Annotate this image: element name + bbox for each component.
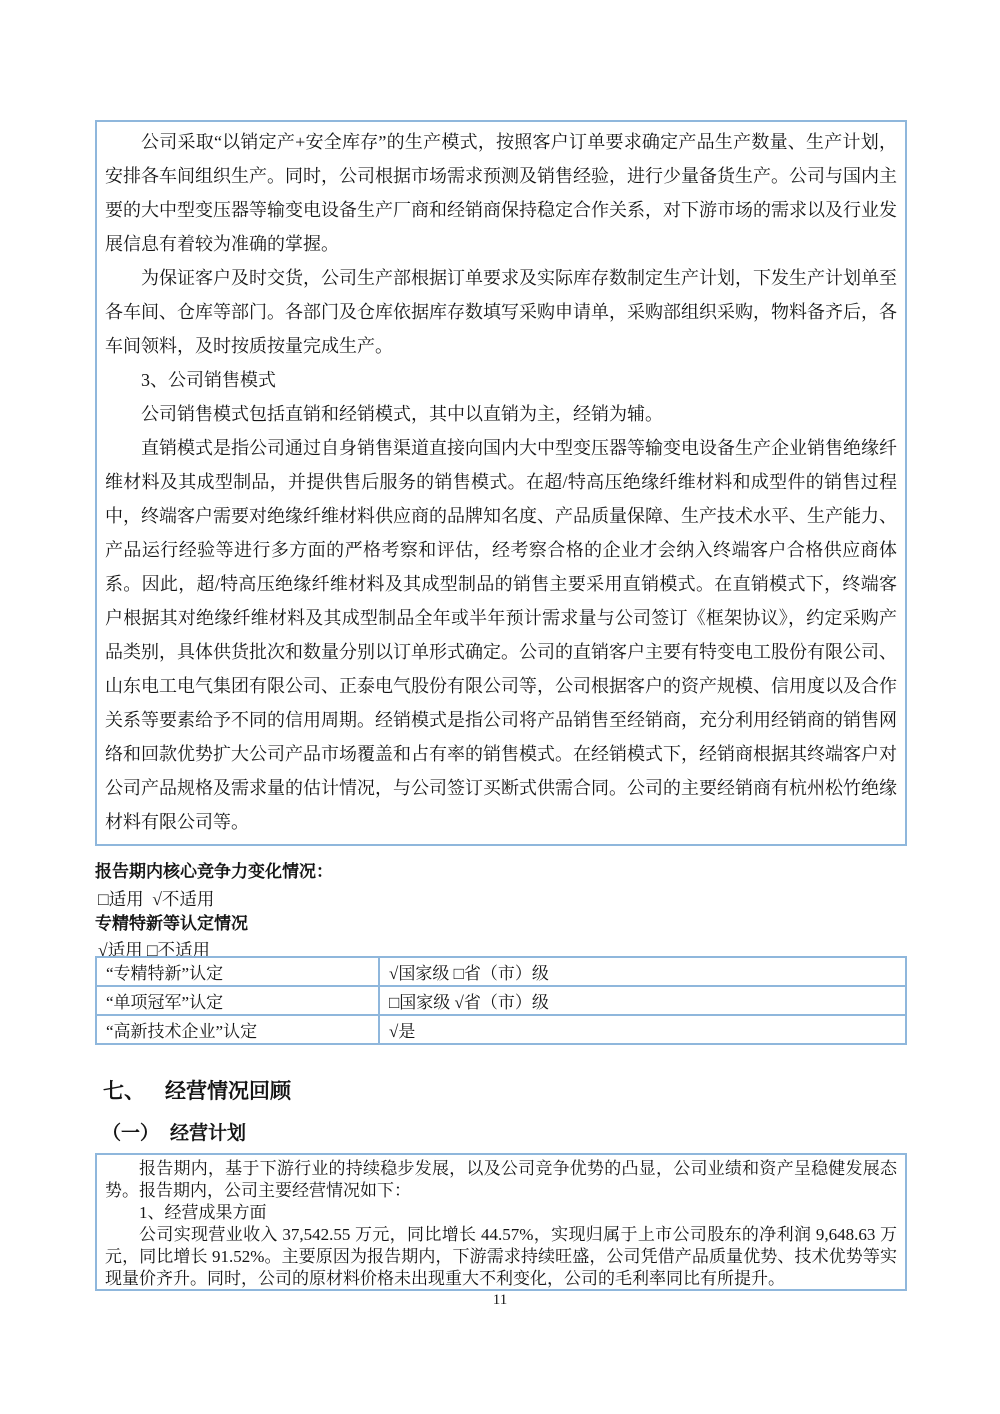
document-page: 公司采取“以销定产+安全库存”的生产模式，按照客户订单要求确定产品生产数量、生产…	[0, 0, 1000, 1414]
core-competitiveness-checkboxes: □适用 √不适用	[95, 887, 907, 911]
section-heading-7: 七、经营情况回顾	[95, 1078, 907, 1106]
paragraph: 3、公司销售模式	[105, 363, 897, 397]
paragraph: 公司实现营业收入 37,542.55 万元，同比增长 44.57%，实现归属于上…	[105, 1224, 897, 1290]
paragraph: 报告期内，公司的商业模式无重大变化。报告期后至报告披露日，公司的商业模式无重大变…	[105, 839, 897, 846]
page-number: 11	[0, 1292, 1000, 1309]
specialized-new-heading: 专精特新等认定情况	[95, 912, 907, 936]
row-label: “高新技术企业”认定	[96, 1015, 379, 1044]
certification-table: “专精特新”认定 √国家级 □省（市）级 “单项冠军”认定 □国家级 √省（市）…	[95, 956, 907, 1045]
row-label: “单项冠军”认定	[96, 986, 379, 1015]
subsection-title: 经营计划	[170, 1123, 246, 1144]
paragraph: 1、经营成果方面	[105, 1202, 897, 1224]
paragraph: 为保证客户及时交货，公司生产部根据订单要求及实际库存数制定生产计划，下发生产计划…	[105, 261, 897, 363]
section-title: 经营情况回顾	[165, 1080, 291, 1103]
paragraph: 直销模式是指公司通过自身销售渠道直接向国内大中型变压器等输变电设备生产企业销售绝…	[105, 431, 897, 839]
core-competitiveness-heading: 报告期内核心竞争力变化情况：	[95, 860, 907, 884]
table-row: “专精特新”认定 √国家级 □省（市）级	[96, 957, 906, 986]
table-row: “单项冠军”认定 □国家级 √省（市）级	[96, 986, 906, 1015]
subsection-number: （一）	[102, 1121, 170, 1147]
paragraph: 报告期内，基于下游行业的持续稳步发展，以及公司竞争优势的凸显，公司业绩和资产呈稳…	[105, 1158, 897, 1202]
operating-results-box: 报告期内，基于下游行业的持续稳步发展，以及公司竞争优势的凸显，公司业绩和资产呈稳…	[95, 1153, 907, 1291]
table-row: “高新技术企业”认定 √是	[96, 1015, 906, 1044]
section-number: 七、	[103, 1078, 165, 1106]
row-value: □国家级 √省（市）级	[379, 986, 906, 1015]
row-value: √是	[379, 1015, 906, 1044]
paragraph: 公司采取“以销定产+安全库存”的生产模式，按照客户订单要求确定产品生产数量、生产…	[105, 125, 897, 261]
paragraph: 公司销售模式包括直销和经销模式，其中以直销为主，经销为辅。	[105, 397, 897, 431]
row-label: “专精特新”认定	[96, 957, 379, 986]
business-model-box: 公司采取“以销定产+安全库存”的生产模式，按照客户订单要求确定产品生产数量、生产…	[95, 120, 907, 846]
row-value: √国家级 □省（市）级	[379, 957, 906, 986]
subsection-heading-1: （一）经营计划	[95, 1121, 907, 1147]
